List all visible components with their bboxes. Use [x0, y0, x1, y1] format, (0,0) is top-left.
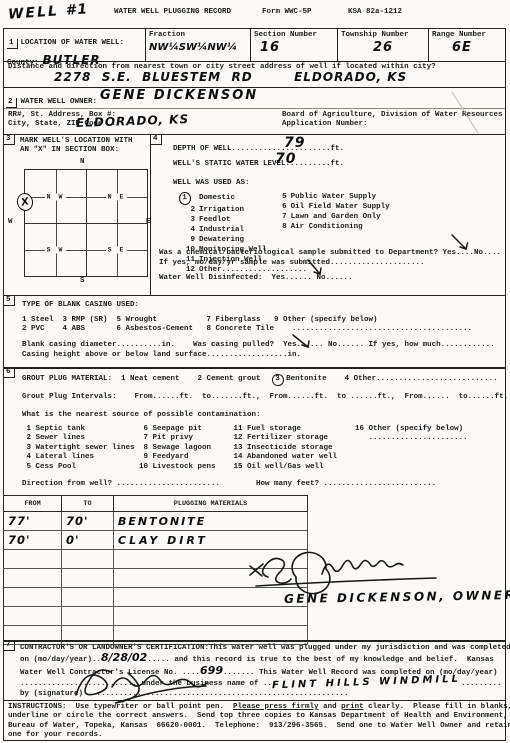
section-1-number: 1: [7, 39, 18, 49]
business-name-value: FLINT HILLS WINDMILL: [272, 675, 461, 691]
section-number-label: Section Number: [254, 31, 334, 40]
casing-options-row2: 2 PVC 4 ABS 6 Asbestos-Cement 8 Concrete…: [22, 325, 472, 334]
quadrant-ne-label: N E: [106, 193, 128, 200]
grid-line: [25, 197, 147, 198]
table-row: [4, 550, 308, 569]
instructions-box: INSTRUCTIONS: Use typewriter or ball poi…: [3, 700, 506, 741]
casing-pulled-line: Blank casing diameter..........in. Was c…: [22, 341, 495, 350]
section-1-location: 1LOCATION OF WATER WELL: County:BUTLER F…: [3, 28, 506, 88]
range-number-value: 6E: [452, 40, 502, 55]
township-number-cell: Township Number 26: [338, 29, 429, 61]
depth-value: 79: [284, 135, 305, 151]
mark-instruction-line1: MARK WELL'S LOCATION WITH: [20, 137, 133, 146]
contamination-row: 3 Watertight sewer lines 8 Sewage lagoon…: [22, 444, 468, 453]
owner-printed-name: GENE DICKENSON, OWNER: [284, 588, 510, 606]
contamination-row: 2 Sewer lines 7 Pit privy 12 Fertilizer …: [22, 434, 468, 443]
casing-title: TYPE OF BLANK CASING USED:: [22, 301, 139, 310]
sample-submitted-line: Was a chemical/bacteriological sample su…: [159, 249, 501, 258]
table-header-to: TO: [62, 496, 114, 512]
contamination-list: 1 Septic tank 6 Seepage pit 11 Fuel stor…: [22, 425, 468, 472]
use-item: 4Industrial: [181, 225, 263, 235]
casing-height-line: Casing height above or below land surfac…: [22, 351, 301, 360]
used-as-label: WELL WAS USED AS:: [173, 179, 250, 188]
completed-date-value: 8/28/02: [101, 651, 147, 664]
section-grid: N W N E S W S E: [24, 169, 148, 277]
application-number-label: Application Number:: [282, 120, 368, 129]
section-4-depth: 4 DEPTH OF WELL......................ft.…: [151, 135, 505, 295]
quadrant-se-label: S E: [106, 246, 128, 253]
instructions-line2: underline or circle the correct answers.…: [8, 712, 501, 721]
uses-column-2: 5Public Water Supply 6Oil Field Water Su…: [273, 192, 414, 232]
table-row: 70' 0' CLAY DIRT: [4, 531, 308, 550]
section-5-number: 5: [4, 296, 15, 306]
table-row: [4, 588, 308, 607]
use-item: 6Oil Field Water Supply: [273, 202, 414, 212]
plugging-materials-table: FROM TO PLUGGING MATERIALS 77' 70' BENTO…: [3, 495, 308, 645]
table-header-materials: PLUGGING MATERIALS: [114, 496, 308, 512]
circled-option-3: 3: [272, 374, 285, 387]
instructions-line3: Bureau of Water, Topeka, Kansas 66620-00…: [8, 722, 501, 731]
fraction-cell: Fraction NW¼SW¼NW¼: [146, 29, 251, 61]
section-7-number: 7: [4, 641, 15, 651]
instructions-line4: one for your records.: [8, 731, 501, 740]
grout-intervals-line: Grout Plug Intervals: From......ft. to..…: [22, 393, 508, 402]
use-item: 8Air Conditioning: [273, 222, 414, 232]
license-number-value: 699: [200, 664, 223, 677]
distance-value: 2278 S.E. BLUESTEM RD ELDORADO, KS: [54, 70, 407, 84]
township-number-label: Township Number: [341, 31, 425, 40]
section-7-certification: 7 CONTRACTOR'S OR LANDOWNER'S CERTIFICAT…: [3, 640, 506, 701]
city-value: ELDORADO, KS: [76, 112, 190, 130]
compass-west-label: W: [8, 218, 13, 227]
instructions-line1: INSTRUCTIONS: Use typewriter or ball poi…: [8, 703, 501, 712]
certification-line5: by (signature) .........................…: [20, 690, 510, 699]
compass-east-label: E: [146, 218, 151, 227]
form-title: WATER WELL PLUGGING RECORD: [114, 8, 231, 17]
use-item: 5Public Water Supply: [273, 192, 414, 202]
section-3-number: 3: [4, 135, 15, 145]
section-6-number: 6: [4, 368, 15, 378]
compass-south-label: S: [80, 277, 85, 286]
disinfected-line: Water Well Disinfected: Yes...... No....…: [159, 274, 353, 283]
range-number-cell: Range Number 6E: [429, 29, 505, 61]
township-number-value: 26: [373, 40, 425, 55]
use-item: 1 Domestic: [181, 192, 263, 205]
use-item: 9Dewatering: [181, 235, 307, 245]
fraction-value: NW¼SW¼NW¼: [149, 42, 247, 53]
grout-material-line: GROUT PLUG MATERIAL: 1 Neat cement 2 Cem…: [22, 374, 498, 386]
static-level-line: WELL'S STATIC WATER LEVEL..........ft.: [173, 160, 344, 169]
range-number-label: Range Number: [432, 31, 502, 40]
contamination-question: What is the nearest source of possible c…: [22, 411, 261, 420]
section-2-owner: 2WATER WELL OWNER: GENE DICKENSON RR#, S…: [3, 87, 506, 135]
grid-line: [25, 223, 147, 224]
direction-feet-line: Direction from well? ...................…: [22, 480, 436, 489]
scanned-form-water-well-plugging-record: WELL #1 WATER WELL PLUGGING RECORD Form …: [0, 0, 510, 743]
casing-options-row1: 1 Steel 3 RMP (SR) 5 Wrought 7 Fiberglas…: [22, 316, 378, 325]
section-5-casing: 5 TYPE OF BLANK CASING USED: 1 Steel 3 R…: [3, 295, 506, 369]
section-6-grout: 6 GROUT PLUG MATERIAL: 1 Neat cement 2 C…: [3, 367, 506, 642]
table-header-from: FROM: [4, 496, 62, 512]
location-cell: 1LOCATION OF WATER WELL: County:BUTLER: [4, 29, 146, 61]
statute-number: KSA 82a-1212: [348, 8, 402, 17]
section-4-number: 4: [151, 135, 162, 145]
section-1-title: LOCATION OF WATER WELL:: [18, 39, 125, 48]
contamination-row: 5 Cess Pool 10 Livestock pens 15 Oil wel…: [22, 463, 468, 472]
uses-column-1: 1 Domestic 2Irrigation 3Feedlot 4Industr…: [181, 192, 263, 235]
table-row: [4, 569, 308, 588]
certification-line2: on (mo/day/year)..8/28/02..... and this …: [20, 653, 510, 665]
table-row: 77' 70' BENTONITE: [4, 512, 308, 531]
grid-line: [25, 250, 147, 251]
quadrant-sw-label: S W: [45, 246, 67, 253]
mark-instruction-line2: AN "X" IN SECTION BOX:: [20, 146, 119, 155]
quadrant-nw-label: N W: [45, 193, 67, 200]
static-level-value: 70: [275, 151, 296, 167]
use-item: 2Irrigation: [181, 205, 263, 215]
depth-of-well-line: DEPTH OF WELL......................ft.: [173, 145, 344, 154]
fraction-label: Fraction: [149, 31, 247, 40]
certification-line4: .......................... under the bus…: [20, 678, 510, 689]
section-3-4-container: 3 MARK WELL'S LOCATION WITH AN "X" IN SE…: [3, 134, 506, 296]
use-item: 7Lawn and Garden Only: [273, 212, 414, 222]
section-2-divider: [4, 108, 505, 109]
contamination-row: 4 Lateral lines 9 Feedyard 14 Abandoned …: [22, 453, 468, 462]
use-item: 3Feedlot: [181, 215, 263, 225]
section-3-location-box: 3 MARK WELL'S LOCATION WITH AN "X" IN SE…: [4, 135, 151, 295]
section-number-cell: Section Number 16: [251, 29, 338, 61]
if-yes-line: If yes, mo/day/yr sample was submitted..…: [159, 259, 425, 268]
agency-label: Board of Agriculture, Division of Water …: [282, 111, 503, 120]
section-number-value: 16: [260, 40, 334, 55]
owner-label: WATER WELL OWNER:: [17, 98, 98, 107]
owner-value: GENE DICKENSON: [100, 88, 258, 103]
table-row: [4, 607, 308, 626]
handwritten-well-number: WELL #1: [8, 1, 90, 23]
section-2-number: 2: [6, 98, 17, 108]
contamination-row: 1 Septic tank 6 Seepage pit 11 Fuel stor…: [22, 425, 468, 434]
certification-line1: CONTRACTOR'S OR LANDOWNER'S CERTIFICATIO…: [20, 644, 510, 653]
compass-north-label: N: [80, 158, 85, 167]
form-number: Form WWC-5P: [262, 8, 312, 17]
